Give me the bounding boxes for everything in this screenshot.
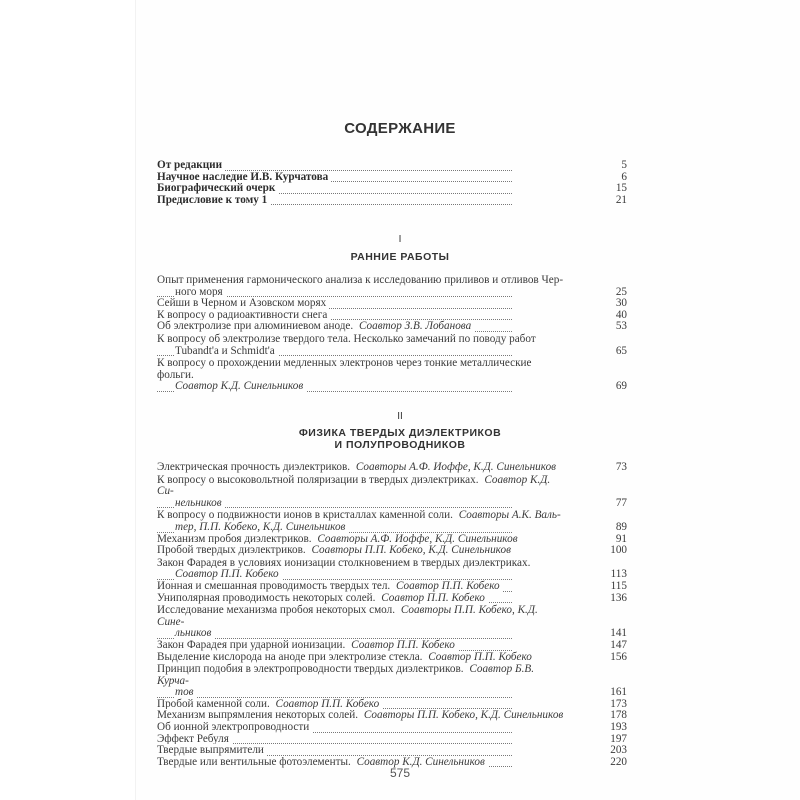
entry-text: Униполярная проводимость некоторых солей… bbox=[157, 593, 627, 605]
section-entries: Опыт применения гармонического анализа к… bbox=[157, 274, 627, 393]
coauthor: Соавтор З.В. Лобанова bbox=[359, 320, 474, 332]
coauthor: нельников bbox=[175, 497, 225, 509]
entry-title: Опыт применения гармонического анализа к… bbox=[157, 274, 566, 286]
entry-page-number: 65 bbox=[587, 346, 627, 358]
entry-line: Об ионной электропроводности bbox=[157, 722, 567, 734]
toc-entry[interactable]: К вопросу о прохождении медленных электр… bbox=[157, 358, 627, 393]
coauthor: льников bbox=[175, 627, 214, 639]
coauthor: Соавторы А.Ф. Иоффе, К.Д. Синельников bbox=[317, 533, 520, 545]
toc-entry[interactable]: К вопросу о высоковольтной поляризации в… bbox=[157, 475, 627, 510]
toc-entry[interactable]: Электрическая прочность диэлектриков. Со… bbox=[157, 462, 627, 474]
entry-page-number: 115 bbox=[587, 581, 627, 593]
entry-line: Опыт применения гармонического анализа к… bbox=[157, 275, 567, 287]
section-title: ФИЗИКА ТВЕРДЫХ ДИЭЛЕКТРИКОВИ ПОЛУПРОВОДН… bbox=[0, 427, 800, 451]
section-title-line: И ПОЛУПРОВОДНИКОВ bbox=[0, 439, 800, 451]
entry-text: Выделение кислорода на аноде при электро… bbox=[157, 652, 627, 664]
entry-text: Об электролизе при алюминиевом аноде. Со… bbox=[157, 321, 627, 333]
entry-title: Предисловие к тому 1 bbox=[157, 194, 270, 206]
toc-entry[interactable]: Принцип подобия в электропроводности тве… bbox=[157, 664, 627, 699]
coauthor: тер, П.П. Кобеко, К.Д. Синельников bbox=[175, 521, 348, 533]
entry-text: К вопросу о прохождении медленных электр… bbox=[157, 358, 627, 393]
page-title: СОДЕРЖАНИЕ bbox=[0, 120, 800, 137]
entry-title: Закон Фарадея в условиях ионизации столк… bbox=[157, 557, 533, 569]
entry-line: Предисловие к тому 1 bbox=[157, 195, 567, 207]
entry-text: Исследование механизма пробоя некоторых … bbox=[157, 605, 627, 640]
entry-title: Закон Фарадея при ударной ионизации. bbox=[157, 639, 351, 651]
entry-text: От редакции bbox=[157, 160, 627, 172]
entry-page-number: 21 bbox=[587, 195, 627, 207]
entry-title: Об электролизе при алюминиевом аноде. bbox=[157, 320, 359, 332]
entry-title: Униполярная проводимость некоторых солей… bbox=[157, 592, 381, 604]
entry-line: нельников bbox=[157, 498, 567, 510]
entry-title: Механизм выпрямления некоторых солей. bbox=[157, 709, 364, 721]
coauthor: Соавторы А.Ф. Иоффе, К.Д. Синельников bbox=[356, 461, 559, 473]
entry-title: Пробой твердых диэлектриков. bbox=[157, 544, 312, 556]
section-entries: Электрическая прочность диэлектриков. Со… bbox=[157, 462, 627, 768]
entry-title: Сейши в Черном и Азовском морях bbox=[157, 297, 329, 309]
entry-line: Ионная и смешанная проводимость твердых … bbox=[157, 581, 567, 593]
toc-entry[interactable]: Пробой твердых диэлектриков. Соавторы П.… bbox=[157, 545, 627, 557]
entry-line: Исследование механизма пробоя некоторых … bbox=[157, 605, 567, 628]
entry-text: Опыт применения гармонического анализа к… bbox=[157, 275, 627, 298]
entry-title: К вопросу о радиоактивности снега bbox=[157, 309, 330, 321]
entry-text: Ионная и смешанная проводимость твердых … bbox=[157, 581, 627, 593]
toc-entry[interactable]: Униполярная проводимость некоторых солей… bbox=[157, 593, 627, 605]
entry-line: тер, П.П. Кобеко, К.Д. Синельников bbox=[157, 522, 567, 534]
coauthor: Соавтор К.Д. Синельников bbox=[357, 756, 488, 768]
entry-page-number: 193 bbox=[587, 722, 627, 734]
coauthor: Соавторы П.П. Кобеко, К.Д. Синельников bbox=[312, 544, 514, 556]
toc-entry[interactable]: К вопросу об электролизе твердого тела. … bbox=[157, 334, 627, 357]
entry-title: Исследование механизма пробоя некоторых … bbox=[157, 604, 401, 616]
coauthor: Соавторы А.К. Валь- bbox=[459, 509, 564, 521]
entry-text: К вопросу об электролизе твердого тела. … bbox=[157, 334, 627, 357]
toc-entry[interactable]: Ионная и смешанная проводимость твердых … bbox=[157, 581, 627, 593]
entry-title: Об ионной электропроводности bbox=[157, 721, 312, 733]
entry-title: К вопросу об электролизе твердого тела. … bbox=[157, 333, 539, 345]
entry-title: Твердые или вентильные фотоэлементы. bbox=[157, 756, 357, 768]
entry-page-number: 89 bbox=[587, 522, 627, 534]
toc-entry[interactable]: От редакции5 bbox=[157, 160, 627, 172]
entry-text: Закон Фарадея в условиях ионизации столк… bbox=[157, 558, 627, 581]
toc-entry[interactable]: Закон Фарадея в условиях ионизации столк… bbox=[157, 558, 627, 581]
entry-title: Эффект Ребуля bbox=[157, 733, 232, 745]
toc-entry[interactable]: Об электролизе при алюминиевом аноде. Со… bbox=[157, 321, 627, 333]
entry-title: Твердые выпрямители bbox=[157, 744, 267, 756]
coauthor: Соавтор П.П. Кобеко bbox=[351, 639, 458, 651]
toc-entry[interactable]: Выделение кислорода на аноде при электро… bbox=[157, 652, 627, 664]
entry-page-number: 100 bbox=[587, 545, 627, 557]
section-title-line: ФИЗИКА ТВЕРДЫХ ДИЭЛЕКТРИКОВ bbox=[0, 427, 800, 439]
section-number: I bbox=[0, 234, 800, 245]
entry-page-number: 73 bbox=[587, 462, 627, 474]
entry-title: Ионная и смешанная проводимость твердых … bbox=[157, 580, 396, 592]
entry-page-number: 156 bbox=[587, 652, 627, 664]
section-title-line: РАННИЕ РАБОТЫ bbox=[0, 251, 800, 263]
toc-entry[interactable]: К вопросу о подвижности ионов в кристалл… bbox=[157, 510, 627, 533]
entry-title: ного моря bbox=[175, 286, 226, 298]
entry-text: Закон Фарадея при ударной ионизации. Соа… bbox=[157, 640, 627, 652]
entry-line: Униполярная проводимость некоторых солей… bbox=[157, 593, 567, 605]
toc-entry[interactable]: Об ионной электропроводности193 bbox=[157, 722, 627, 734]
entry-page-number: 136 bbox=[587, 593, 627, 605]
entry-line: Выделение кислорода на аноде при электро… bbox=[157, 652, 567, 664]
entry-line: К вопросу о высоковольтной поляризации в… bbox=[157, 475, 567, 498]
entry-page-number: 69 bbox=[587, 381, 627, 393]
entry-text: К вопросу о высоковольтной поляризации в… bbox=[157, 475, 627, 510]
toc-entry[interactable]: Опыт применения гармонического анализа к… bbox=[157, 275, 627, 298]
entry-title: Электрическая прочность диэлектриков. bbox=[157, 461, 356, 473]
coauthor: Соавтор П.П. Кобеко bbox=[396, 580, 503, 592]
entry-text: Об ионной электропроводности bbox=[157, 722, 627, 734]
entry-title: Выделение кислорода на аноде при электро… bbox=[157, 651, 428, 663]
entry-page-number: 53 bbox=[587, 321, 627, 333]
entry-line: Пробой твердых диэлектриков. Соавторы П.… bbox=[157, 545, 567, 557]
section-number: II bbox=[0, 411, 800, 422]
entry-title: От редакции bbox=[157, 159, 225, 171]
coauthor: Соавтор П.П. Кобеко bbox=[428, 651, 535, 663]
entry-title: К вопросу о высоковольтной поляризации в… bbox=[157, 474, 484, 486]
entry-title: К вопросу о прохождении медленных электр… bbox=[157, 357, 532, 381]
page-number: 575 bbox=[0, 766, 800, 780]
coauthor: тов bbox=[175, 686, 197, 698]
entry-line: К вопросу о прохождении медленных электр… bbox=[157, 358, 567, 381]
coauthor: Соавторы П.П. Кобеко, К.Д. Синельников bbox=[364, 709, 566, 721]
toc-entry[interactable]: Закон Фарадея при ударной ионизации. Соа… bbox=[157, 640, 627, 652]
entry-title: К вопросу о подвижности ионов в кристалл… bbox=[157, 509, 459, 521]
entry-page-number: 147 bbox=[587, 640, 627, 652]
entry-line: Tubandt'a и Schmidt'a bbox=[157, 346, 567, 358]
entry-page-number: 77 bbox=[587, 498, 627, 510]
coauthor: Соавтор П.П. Кобеко bbox=[175, 568, 282, 580]
entry-line: Принцип подобия в электропроводности тве… bbox=[157, 664, 567, 687]
front-matter-list: От редакции5Научное наследие И.В. Курчат… bbox=[157, 160, 627, 206]
section-title: РАННИЕ РАБОТЫ bbox=[0, 251, 800, 263]
entry-line: Закон Фарадея при ударной ионизации. Соа… bbox=[157, 640, 567, 652]
entry-title: Принцип подобия в электропроводности тве… bbox=[157, 663, 469, 675]
entry-title: Tubandt'a и Schmidt'a bbox=[175, 345, 278, 357]
entry-line: Об электролизе при алюминиевом аноде. Со… bbox=[157, 321, 567, 333]
entry-text: К вопросу о подвижности ионов в кристалл… bbox=[157, 510, 627, 533]
entry-text: Электрическая прочность диэлектриков. Со… bbox=[157, 462, 627, 474]
toc-entry[interactable]: Предисловие к тому 121 bbox=[157, 195, 627, 207]
entry-text: Предисловие к тому 1 bbox=[157, 195, 627, 207]
entry-line: Соавтор К.Д. Синельников bbox=[157, 381, 567, 393]
entry-page-number: 5 bbox=[587, 160, 627, 172]
entry-line: К вопросу об электролизе твердого тела. … bbox=[157, 334, 567, 346]
entry-title: Научное наследие И.В. Курчатова bbox=[157, 171, 331, 183]
coauthor: Соавтор П.П. Кобеко bbox=[381, 592, 488, 604]
entry-line: Электрическая прочность диэлектриков. Со… bbox=[157, 462, 567, 474]
entry-line: От редакции bbox=[157, 160, 567, 172]
entry-text: Пробой твердых диэлектриков. Соавторы П.… bbox=[157, 545, 627, 557]
entry-title: Механизм пробоя диэлектриков. bbox=[157, 533, 317, 545]
coauthor: Соавтор К.Д. Синельников bbox=[175, 380, 306, 392]
entry-text: Принцип подобия в электропроводности тве… bbox=[157, 664, 627, 699]
toc-entry[interactable]: Исследование механизма пробоя некоторых … bbox=[157, 605, 627, 640]
entry-title: Биографический очерк bbox=[157, 182, 278, 194]
